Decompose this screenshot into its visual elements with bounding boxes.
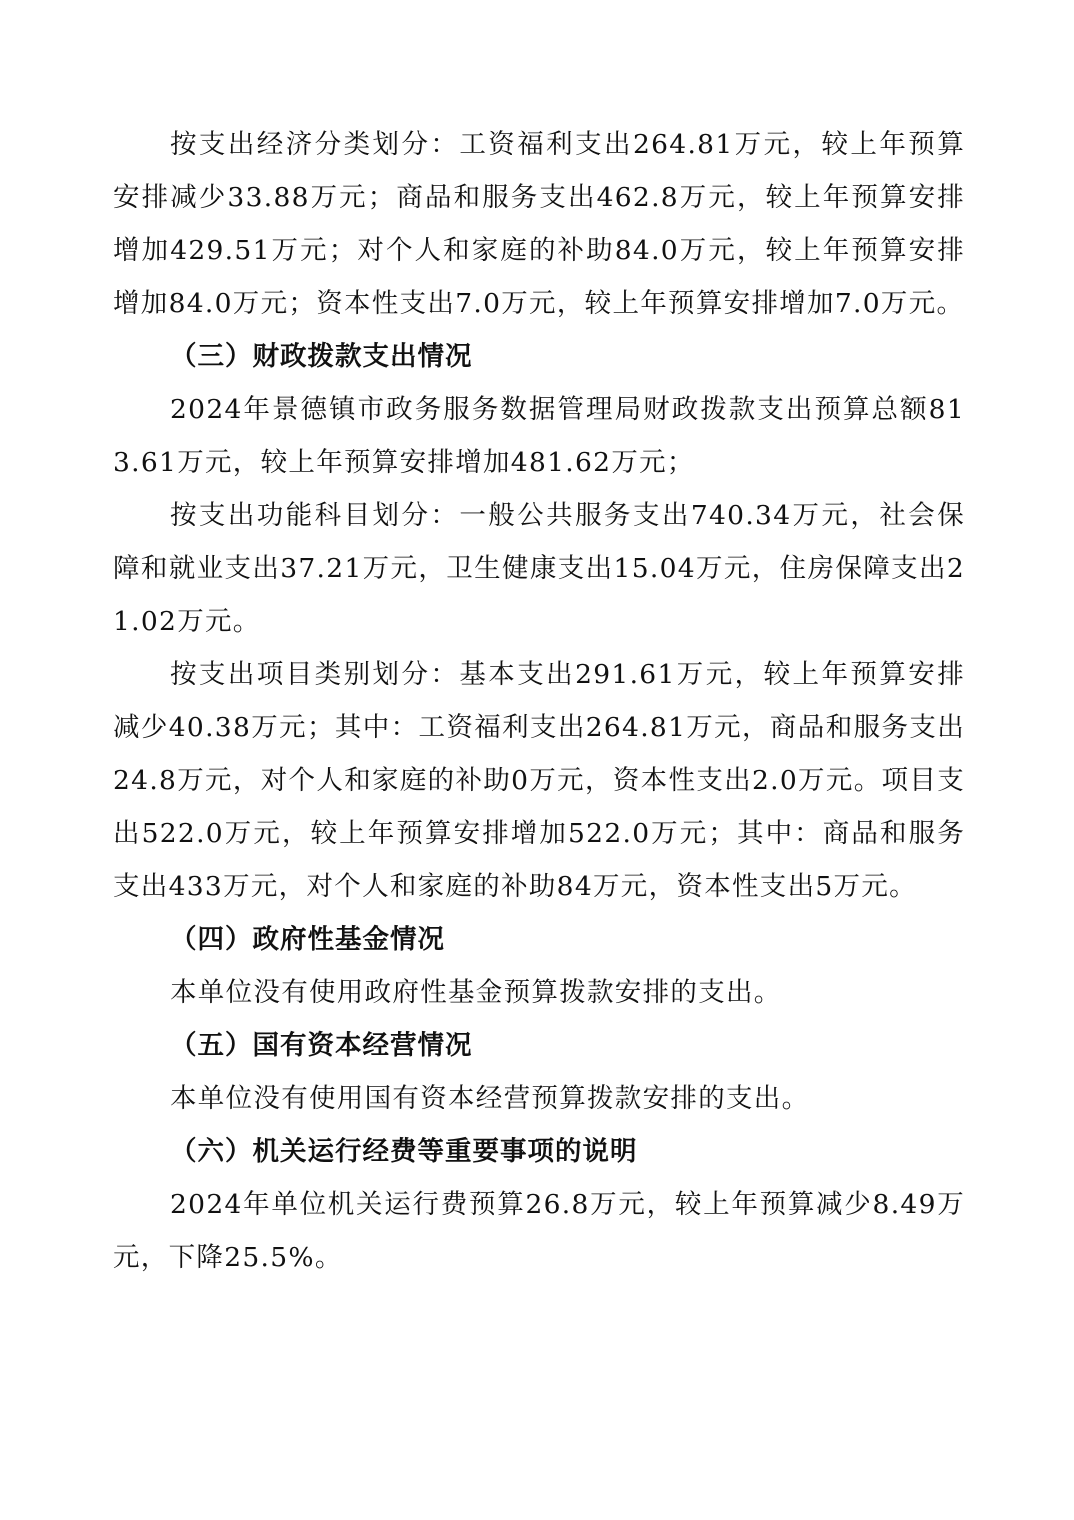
heading-fiscal-appropriation-expenditure: （三）财政拨款支出情况 — [113, 330, 965, 383]
heading-operating-expenses: （六）机关运行经费等重要事项的说明 — [113, 1125, 965, 1178]
paragraph-total-appropriation: 2024年景德镇市政务服务数据管理局财政拨款支出预算总额813.61万元，较上年… — [113, 383, 965, 489]
paragraph-project-classification: 按支出项目类别划分：基本支出291.61万元，较上年预算安排减少40.38万元；… — [113, 648, 965, 913]
paragraph-functional-classification: 按支出功能科目划分：一般公共服务支出740.34万元，社会保障和就业支出37.2… — [113, 489, 965, 648]
document-page: 按支出经济分类划分：工资福利支出264.81万元，较上年预算安排减少33.88万… — [113, 118, 965, 1284]
heading-state-capital-operation: （五）国有资本经营情况 — [113, 1019, 965, 1072]
heading-government-fund: （四）政府性基金情况 — [113, 913, 965, 966]
paragraph-operating-expenses: 2024年单位机关运行费预算26.8万元，较上年预算减少8.49万元，下降25.… — [113, 1178, 965, 1284]
paragraph-government-fund: 本单位没有使用政府性基金预算拨款安排的支出。 — [113, 966, 965, 1019]
paragraph-state-capital-operation: 本单位没有使用国有资本经营预算拨款安排的支出。 — [113, 1072, 965, 1125]
paragraph-economic-classification: 按支出经济分类划分：工资福利支出264.81万元，较上年预算安排减少33.88万… — [113, 118, 965, 330]
